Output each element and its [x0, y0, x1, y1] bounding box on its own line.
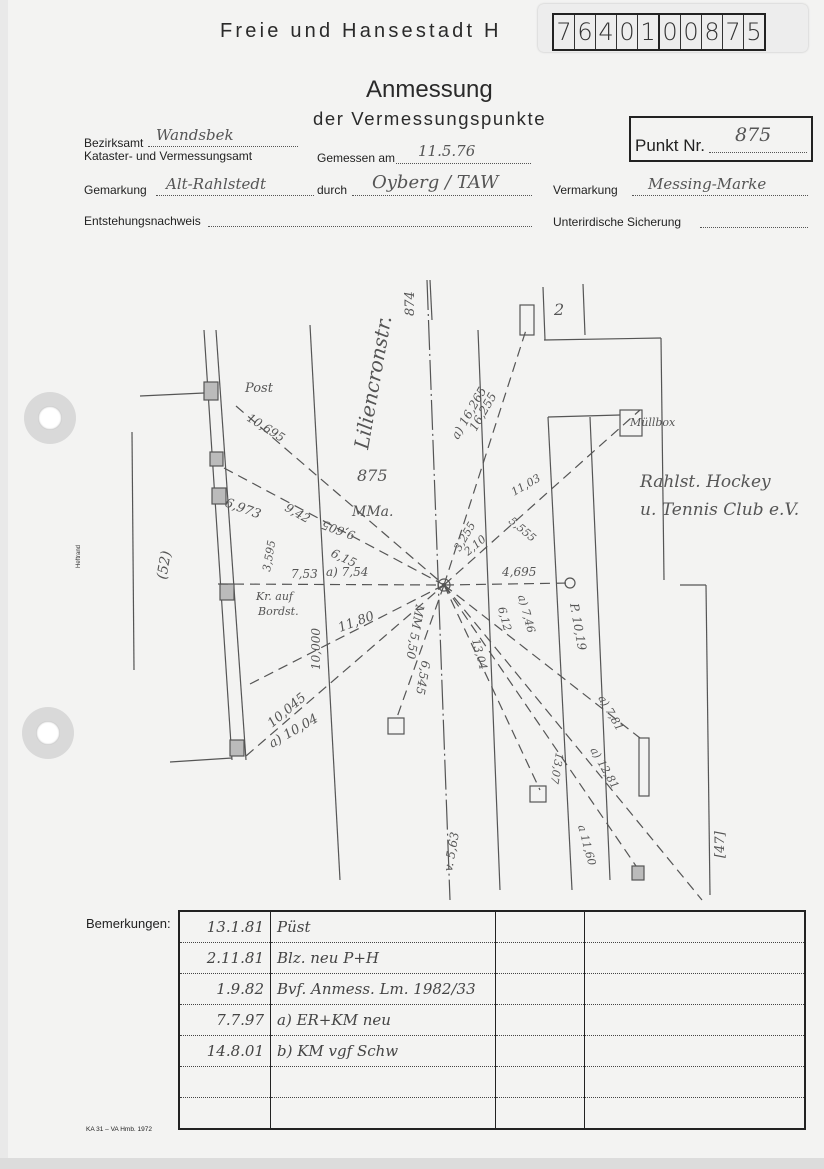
remark-col3 — [496, 1098, 585, 1130]
measurement-label: 7,53 — [291, 567, 318, 581]
remark-date: 13.1.81 — [179, 911, 271, 943]
remark-text: a) ER+KM neu — [271, 1005, 496, 1036]
label-parcel-52: (52) — [154, 550, 175, 581]
remark-col4 — [585, 943, 806, 974]
measurement-label: 13,07 — [548, 751, 566, 784]
measurement-label: 6,12 — [495, 605, 514, 632]
table-row — [179, 1067, 805, 1098]
measurement-label: MM 5,50 — [403, 602, 427, 660]
table-row: 13.1.81Püst — [179, 911, 805, 943]
measurement-label: 11,80 — [336, 609, 376, 636]
table-row: 7.7.97a) ER+KM neu — [179, 1005, 805, 1036]
remark-col3 — [496, 911, 585, 943]
remark-col4 — [585, 974, 806, 1005]
remark-col4 — [585, 1036, 806, 1067]
remark-col4 — [585, 1067, 806, 1098]
remark-text: Bvf. Anmess. Lm. 1982/33 — [271, 974, 496, 1005]
measurement-label: a) 7,54 — [326, 565, 368, 579]
measurement-label: 13,04 — [469, 637, 490, 671]
point-label: 875 — [357, 466, 388, 485]
remark-date: 1.9.82 — [179, 974, 271, 1005]
measurement-label: a 11,60 — [575, 823, 598, 866]
form-code: KA 31 – VA Hmb. 1972 — [86, 1126, 152, 1133]
table-row: 1.9.82Bvf. Anmess. Lm. 1982/33 — [179, 974, 805, 1005]
table-row: 14.8.01b) KM vgf Schw — [179, 1036, 805, 1067]
remark-col4 — [585, 911, 806, 943]
neighbor-point: 874 — [403, 291, 418, 316]
table-row: 2.11.81Blz. neu P+H — [179, 943, 805, 974]
label-house-2: 2 — [553, 300, 564, 319]
remark-date: 2.11.81 — [179, 943, 271, 974]
remark-date — [179, 1098, 271, 1130]
label-parcel-47: [47] — [713, 830, 728, 858]
measurement-label: P. 10,19 — [567, 601, 589, 652]
measurement-label: a) 7,81 — [595, 693, 626, 733]
remark-text: Püst — [271, 911, 496, 943]
label-muellbox: Müllbox — [629, 416, 676, 429]
remark-text: Blz. neu P+H — [271, 943, 496, 974]
remark-date: 7.7.97 — [179, 1005, 271, 1036]
measurement-label: 4,695 — [501, 565, 536, 579]
remark-text — [271, 1098, 496, 1130]
remark-col3 — [496, 1005, 585, 1036]
point-marker: MMa. — [351, 504, 393, 520]
measurement-label: v. 5,63 — [441, 831, 462, 873]
measurement-label: 11,03 — [509, 472, 543, 499]
street-name: Liliencronstr. — [349, 314, 396, 452]
remark-col3 — [496, 1036, 585, 1067]
label-kr-auf: Kr. auf — [255, 590, 295, 603]
measurement-label: 10,000 — [309, 628, 323, 670]
bemerkungen-label: Bemerkungen: — [86, 916, 171, 931]
remark-col3 — [496, 943, 585, 974]
label-bordst: Bordst. — [257, 605, 299, 618]
table-row — [179, 1098, 805, 1130]
remark-col3 — [496, 1067, 585, 1098]
remark-col4 — [585, 1005, 806, 1036]
measurement-label: 5,555 — [506, 514, 538, 544]
remark-date — [179, 1067, 271, 1098]
remark-text: b) KM vgf Schw — [271, 1036, 496, 1067]
measurement-label: 3,595 — [260, 539, 278, 572]
remark-col3 — [496, 974, 585, 1005]
measurement-label: 9,42 — [283, 500, 313, 525]
bemerkungen-table: 13.1.81Püst2.11.81Blz. neu P+H1.9.82Bvf.… — [178, 910, 806, 1130]
label-post: Post — [244, 381, 274, 396]
club-name-line2: u. Tennis Club e.V. — [640, 500, 799, 520]
club-name-line1: Rahlst. Hockey — [639, 472, 771, 492]
remark-text — [271, 1067, 496, 1098]
remark-col4 — [585, 1098, 806, 1130]
remark-date: 14.8.01 — [179, 1036, 271, 1067]
measurement-label: 10,695 — [244, 411, 287, 445]
measurement-label: 9,605 — [320, 517, 357, 542]
left-building-facade — [132, 330, 246, 762]
measurement-label: a) 7,46 — [515, 593, 538, 634]
